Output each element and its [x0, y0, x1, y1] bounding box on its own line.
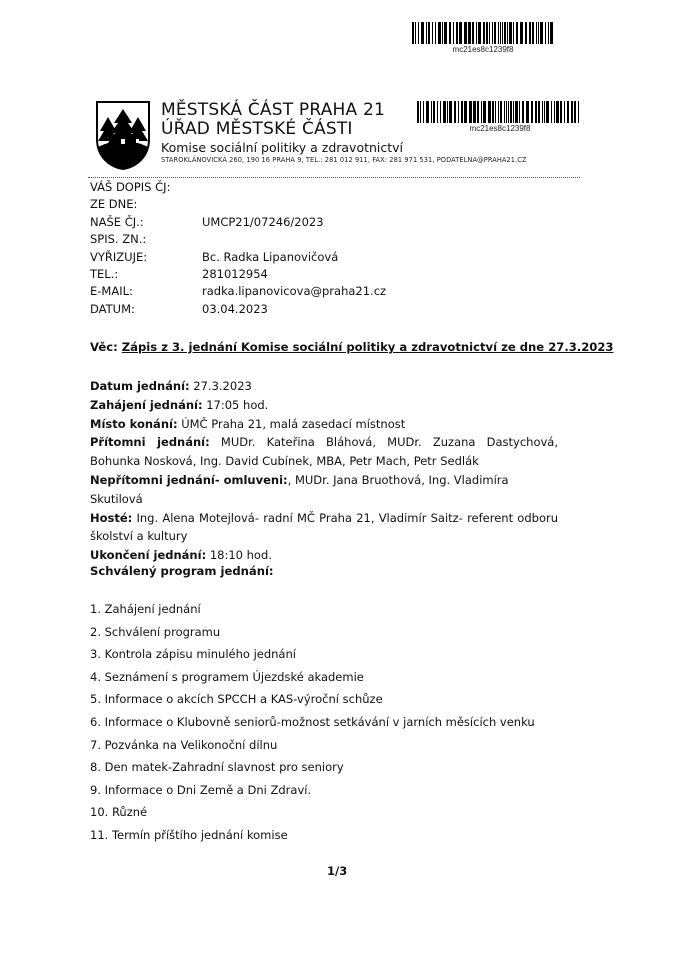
program-item: 5. Informace o akcích SPCCH a KAS-výročn…	[90, 688, 535, 711]
program-item: 8. Den matek-Zahradní slavnost pro senio…	[90, 756, 535, 779]
barcode-bars	[417, 101, 583, 123]
reference-label: NAŠE ČJ.:	[90, 214, 202, 231]
barcode-text: mc21es8c1239f8	[417, 124, 583, 133]
program-item: 6. Informace o Klubovně seniorů-možnost …	[90, 711, 535, 734]
program-item: 2. Schválení programu	[90, 621, 535, 644]
header-divider	[88, 177, 580, 178]
reference-row: TEL.:281012954	[90, 266, 386, 283]
info-absent: Nepřítomni jednání- omluveni:, MUDr. Jan…	[90, 471, 558, 509]
reference-label: DATUM:	[90, 301, 202, 318]
info-present: Přítomni jednání: MUDr. Kateřina Bláhová…	[90, 433, 558, 471]
info-end: Ukončení jednání: 18:10 hod.	[90, 546, 558, 565]
reference-label: E-MAIL:	[90, 283, 202, 300]
org-address: STAROKLÁNOVICKÁ 260, 190 16 PRAHA 9, TEL…	[161, 156, 527, 164]
program-item: 7. Pozvánka na Velikonoční dílnu	[90, 734, 535, 757]
logo	[94, 99, 152, 171]
barcode-text: mc21es8c1239f8	[412, 45, 554, 54]
info-start: Zahájení jednání: 17:05 hod.	[90, 396, 558, 415]
reference-row: VYŘIZUJE:Bc. Radka Lipanovičová	[90, 249, 386, 266]
reference-label: VÁŠ DOPIS ČJ:	[90, 179, 202, 196]
org-name: MĚSTSKÁ ČÁST PRAHA 21	[161, 101, 385, 120]
program-item: 4. Seznámení s programem Újezdské akadem…	[90, 666, 535, 689]
program-item: 11. Termín příštího jednání komise	[90, 824, 535, 847]
reference-row: E-MAIL:radka.lipanovicova@praha21.cz	[90, 283, 386, 300]
coat-of-arms-trees-icon	[94, 99, 152, 171]
program-item: 9. Informace o Dni Země a Dni Zdraví.	[90, 779, 535, 802]
program-item: 10. Různé	[90, 801, 535, 824]
program-title: Schválený program jednání:	[90, 564, 274, 578]
reference-row: SPIS. ZN.:	[90, 231, 386, 248]
header-barcode: mc21es8c1239f8	[417, 101, 583, 133]
reference-row: DATUM:03.04.2023	[90, 301, 386, 318]
program-list: 1. Zahájení jednání2. Schválení programu…	[90, 598, 535, 847]
reference-row: NAŠE ČJ.:UMCP21/07246/2023	[90, 214, 386, 231]
info-date: Datum jednání: 27.3.2023	[90, 377, 558, 396]
reference-label: ZE DNE:	[90, 196, 202, 213]
reference-value: 03.04.2023	[202, 301, 268, 318]
reference-label: VYŘIZUJE:	[90, 249, 202, 266]
org-commission: Komise sociální politiky a zdravotnictví	[161, 140, 403, 155]
subject-label: Věc:	[90, 340, 118, 354]
reference-row: VÁŠ DOPIS ČJ:	[90, 179, 386, 196]
info-place: Místo konání: ÚMČ Praha 21, malá zasedac…	[90, 415, 558, 434]
org-office: ÚŘAD MĚSTSKÉ ČÁSTI	[161, 120, 353, 139]
top-barcode: mc21es8c1239f8	[412, 22, 554, 54]
program-item: 3. Kontrola zápisu minulého jednání	[90, 643, 535, 666]
reference-block: VÁŠ DOPIS ČJ:ZE DNE:NAŠE ČJ.:UMCP21/0724…	[90, 179, 386, 318]
meeting-info: Datum jednání: 27.3.2023 Zahájení jednán…	[90, 377, 558, 565]
reference-label: TEL.:	[90, 266, 202, 283]
reference-label: SPIS. ZN.:	[90, 231, 202, 248]
reference-value: Bc. Radka Lipanovičová	[202, 249, 338, 266]
subject-line: Věc: Zápis z 3. jednání Komise sociální …	[90, 340, 613, 354]
reference-value: UMCP21/07246/2023	[202, 214, 324, 231]
reference-row: ZE DNE:	[90, 196, 386, 213]
subject-text: Zápis z 3. jednání Komise sociální polit…	[122, 340, 614, 354]
info-guests: Hosté: Ing. Alena Motejlová- radní MČ Pr…	[90, 509, 558, 547]
program-item: 1. Zahájení jednání	[90, 598, 535, 621]
page-number: 1/3	[327, 864, 347, 878]
reference-value: 281012954	[202, 266, 268, 283]
reference-value: radka.lipanovicova@praha21.cz	[202, 283, 386, 300]
barcode-bars	[412, 22, 554, 44]
